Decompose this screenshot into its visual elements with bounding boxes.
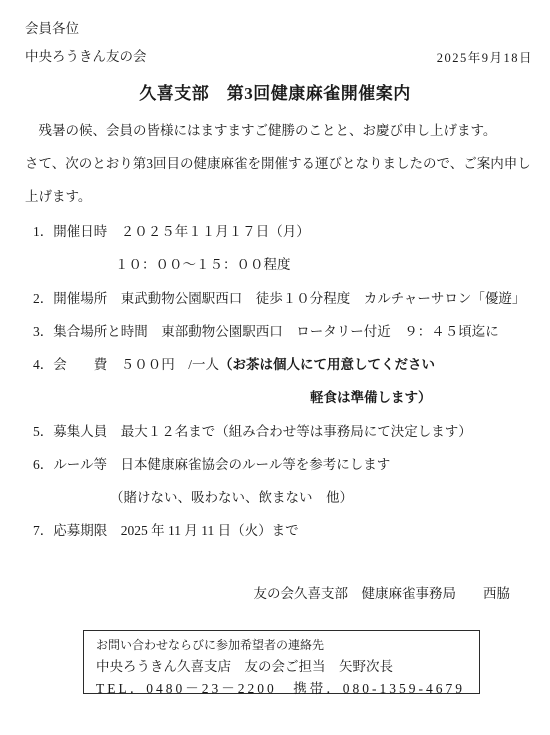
item-3-meeting-point: 3．集合場所と時間 東部動物公園駅西口 ロータリー付近 ９：４５頃迄に [33, 324, 499, 341]
item-4-fee: 4．会 費 ５００円 /一人（お茶は個人にて用意してください [33, 357, 435, 374]
item-2-venue: 2．開催場所 東武動物公園駅西口 徒歩１０分程度 カルチャーサロン「優遊」 [33, 291, 525, 308]
contact-phone: TEL．0480－23－2200 携帯．080-1359-4679 [96, 677, 479, 697]
item-4-fee-main: 4．会 費 ５００円 /一人 [33, 357, 219, 372]
item-4-fee-note-2: 軽食は準備します） [310, 390, 432, 407]
document-title: 久喜支部 第3回健康麻雀開催案内 [0, 83, 550, 104]
item-7-deadline: 7．応募期限 2025 年 11 月 11 日（火）まで [33, 523, 299, 540]
recipient-line: 会員各位 [25, 21, 79, 38]
item-4-fee-note: （お茶は個人にて用意してください [219, 357, 435, 372]
contact-box-heading: お問い合わせならびに参加希望者の連絡先 [96, 636, 479, 653]
greeting-line-3: 上げます。 [25, 189, 91, 206]
contact-person: 中央ろうきん久喜支店 友の会ご担当 矢野次長 [96, 655, 479, 675]
item-6-rules: 6．ルール等 日本健康麻雀協会のルール等を参考にします [33, 457, 390, 474]
signature-line: 友の会久喜支部 健康麻雀事務局 西脇 [254, 586, 511, 603]
contact-box: お問い合わせならびに参加希望者の連絡先 中央ろうきん久喜支店 友の会ご担当 矢野… [83, 630, 480, 694]
item-1-time-range: １０：００～１５：００程度 [115, 257, 291, 274]
item-1-datetime: 1．開催日時 ２０２５年１１月１７日（月） [33, 224, 310, 241]
greeting-line-2: さて、次のとおり第3回目の健康麻雀を開催する運びとなりましたので、ご案内申し [25, 156, 531, 173]
document-date: 2025年9月18日 [437, 51, 533, 67]
document-page: 会員各位 中央ろうきん友の会 2025年9月18日 久喜支部 第3回健康麻雀開催… [0, 0, 550, 735]
organization-name: 中央ろうきん友の会 [25, 49, 147, 66]
item-5-capacity: 5．募集人員 最大１２名まで（組み合わせ等は事務局にて決定します） [33, 424, 472, 441]
greeting-line-1: 残暑の候、会員の皆様にはますますご健勝のことと、お慶び申し上げます。 [25, 123, 496, 140]
item-6-rules-note: （賭けない、吸わない、飲まない 他） [110, 490, 353, 507]
